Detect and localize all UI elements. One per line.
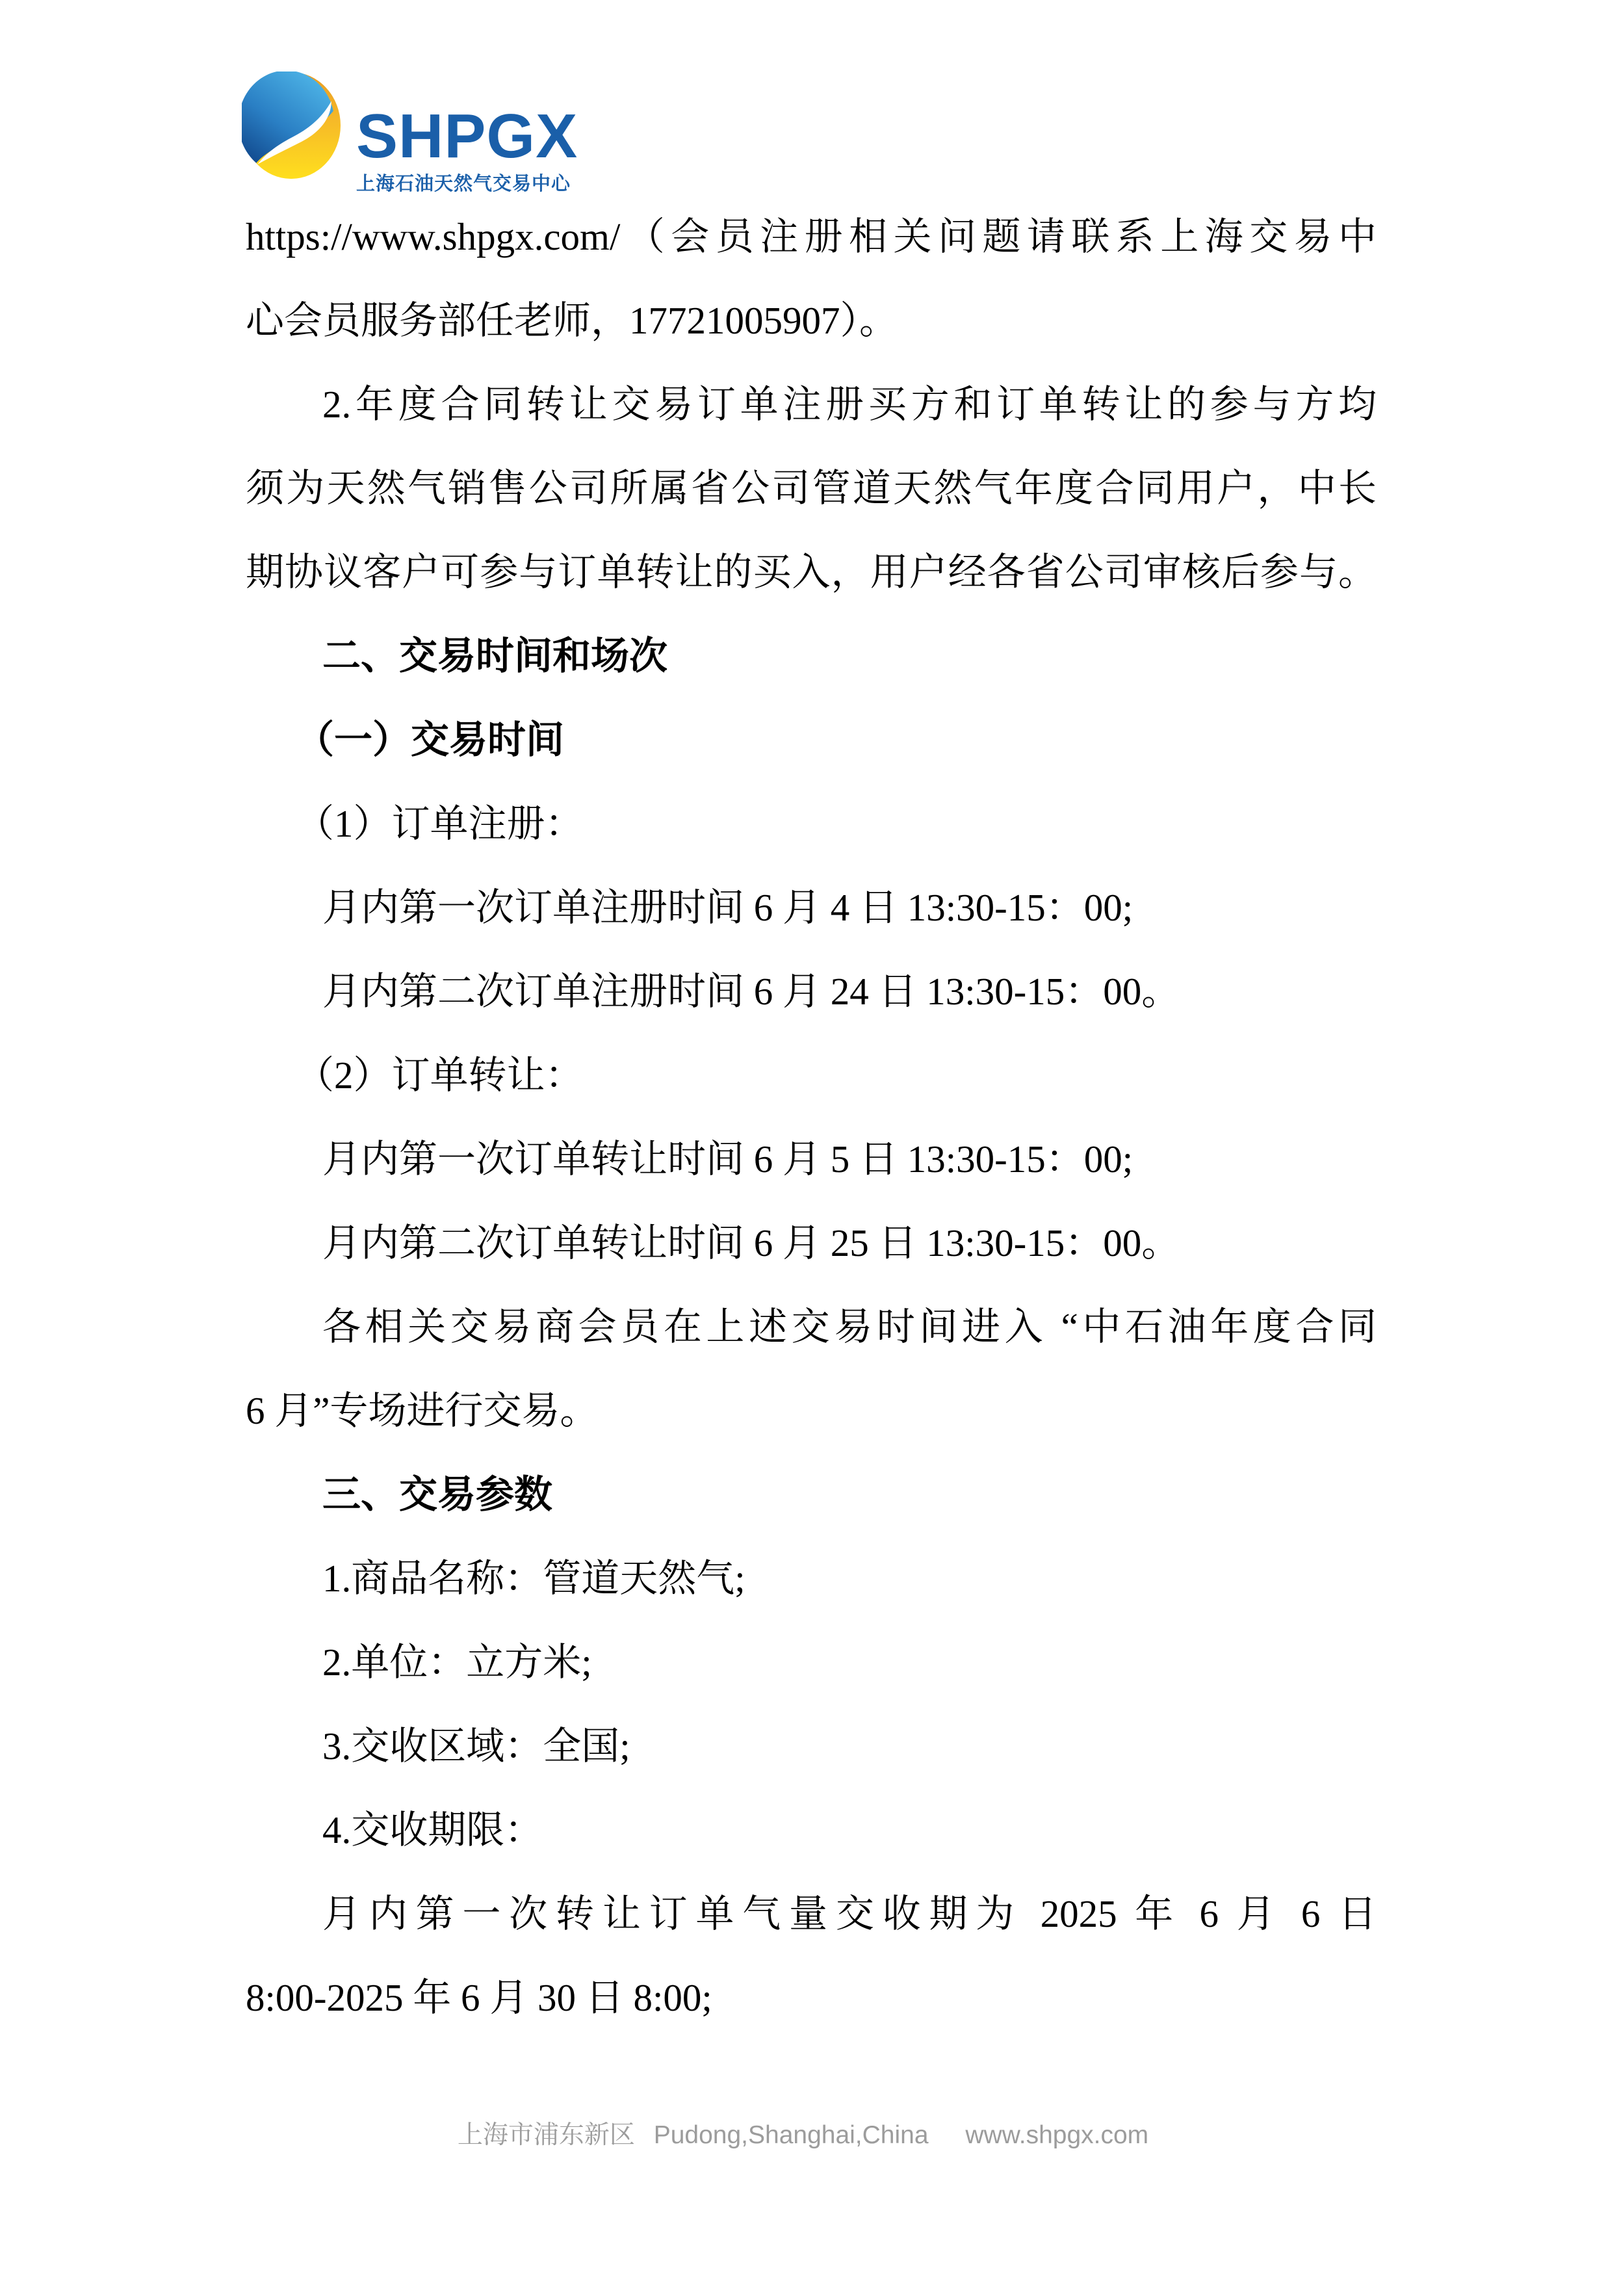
footer-website[interactable]: www.shpgx.com xyxy=(965,2121,1148,2149)
doc-line: 须为天然气销售公司所属省公司管道天然气年度合同用户，中长 xyxy=(246,447,1377,530)
doc-line: 8:00-2025 年 6 月 30 日 8:00; xyxy=(246,1956,1377,2040)
doc-line: （2）订单转让： xyxy=(246,1034,1377,1117)
doc-line-url: https://www.shpgx.com/（会员注册相关问题请联系上海交易中 xyxy=(246,195,1377,279)
doc-line: 心会员服务部任老师，17721005907）。 xyxy=(246,279,1377,363)
shpgx-logo: SHPGX 上海石油天然气交易中心 xyxy=(242,72,578,196)
logo-subtitle: 上海石油天然气交易中心 xyxy=(356,173,578,196)
footer-address-cn: 上海市浦东新区 xyxy=(458,2121,635,2149)
shpgx-globe-icon xyxy=(242,72,341,179)
doc-line: 期协议客户可参与订单转让的买入，用户经各省公司审核后参与。 xyxy=(246,530,1377,614)
footer-address-en: Pudong,Shanghai,China xyxy=(654,2121,929,2149)
doc-line: 3.交收区域：全国; xyxy=(246,1704,1377,1788)
doc-line: 2.年度合同转让交易订单注册买方和订单转让的参与方均 xyxy=(246,363,1377,447)
doc-line: （1）订单注册： xyxy=(246,782,1377,866)
logo-text-block: SHPGX 上海石油天然气交易中心 xyxy=(356,72,578,196)
document-body: https://www.shpgx.com/（会员注册相关问题请联系上海交易中 … xyxy=(246,195,1377,2040)
doc-line: 月内第一次订单注册时间 6 月 4 日 13:30-15：00; xyxy=(246,866,1377,950)
doc-line: 月内第二次订单转让时间 6 月 25 日 13:30-15：00。 xyxy=(246,1201,1377,1285)
doc-line: 1.商品名称：管道天然气; xyxy=(246,1537,1377,1621)
doc-line: 月内第一次转让订单气量交收期为 2025 年 6 月 6 日 xyxy=(246,1872,1377,1956)
doc-line: 4.交收期限： xyxy=(246,1788,1377,1872)
doc-line: 月内第二次订单注册时间 6 月 24 日 13:30-15：00。 xyxy=(246,950,1377,1034)
doc-line: 各相关交易商会员在上述交易时间进入 “中石油年度合同 xyxy=(246,1285,1377,1369)
doc-line: 月内第一次订单转让时间 6 月 5 日 13:30-15：00; xyxy=(246,1117,1377,1201)
page-footer: 上海市浦东新区 Pudong,Shanghai,China www.shpgx.… xyxy=(0,2120,1606,2151)
section-heading: 三、交易参数 xyxy=(246,1453,1377,1537)
logo-brand-text: SHPGX xyxy=(356,105,578,168)
section-subheading: （一）交易时间 xyxy=(246,698,1377,782)
document-page: SHPGX 上海石油天然气交易中心 https://www.shpgx.com/… xyxy=(0,0,1606,2296)
doc-line: 6 月”专场进行交易。 xyxy=(246,1369,1377,1453)
doc-line: 2.单位：立方米; xyxy=(246,1621,1377,1704)
section-heading: 二、交易时间和场次 xyxy=(246,614,1377,698)
